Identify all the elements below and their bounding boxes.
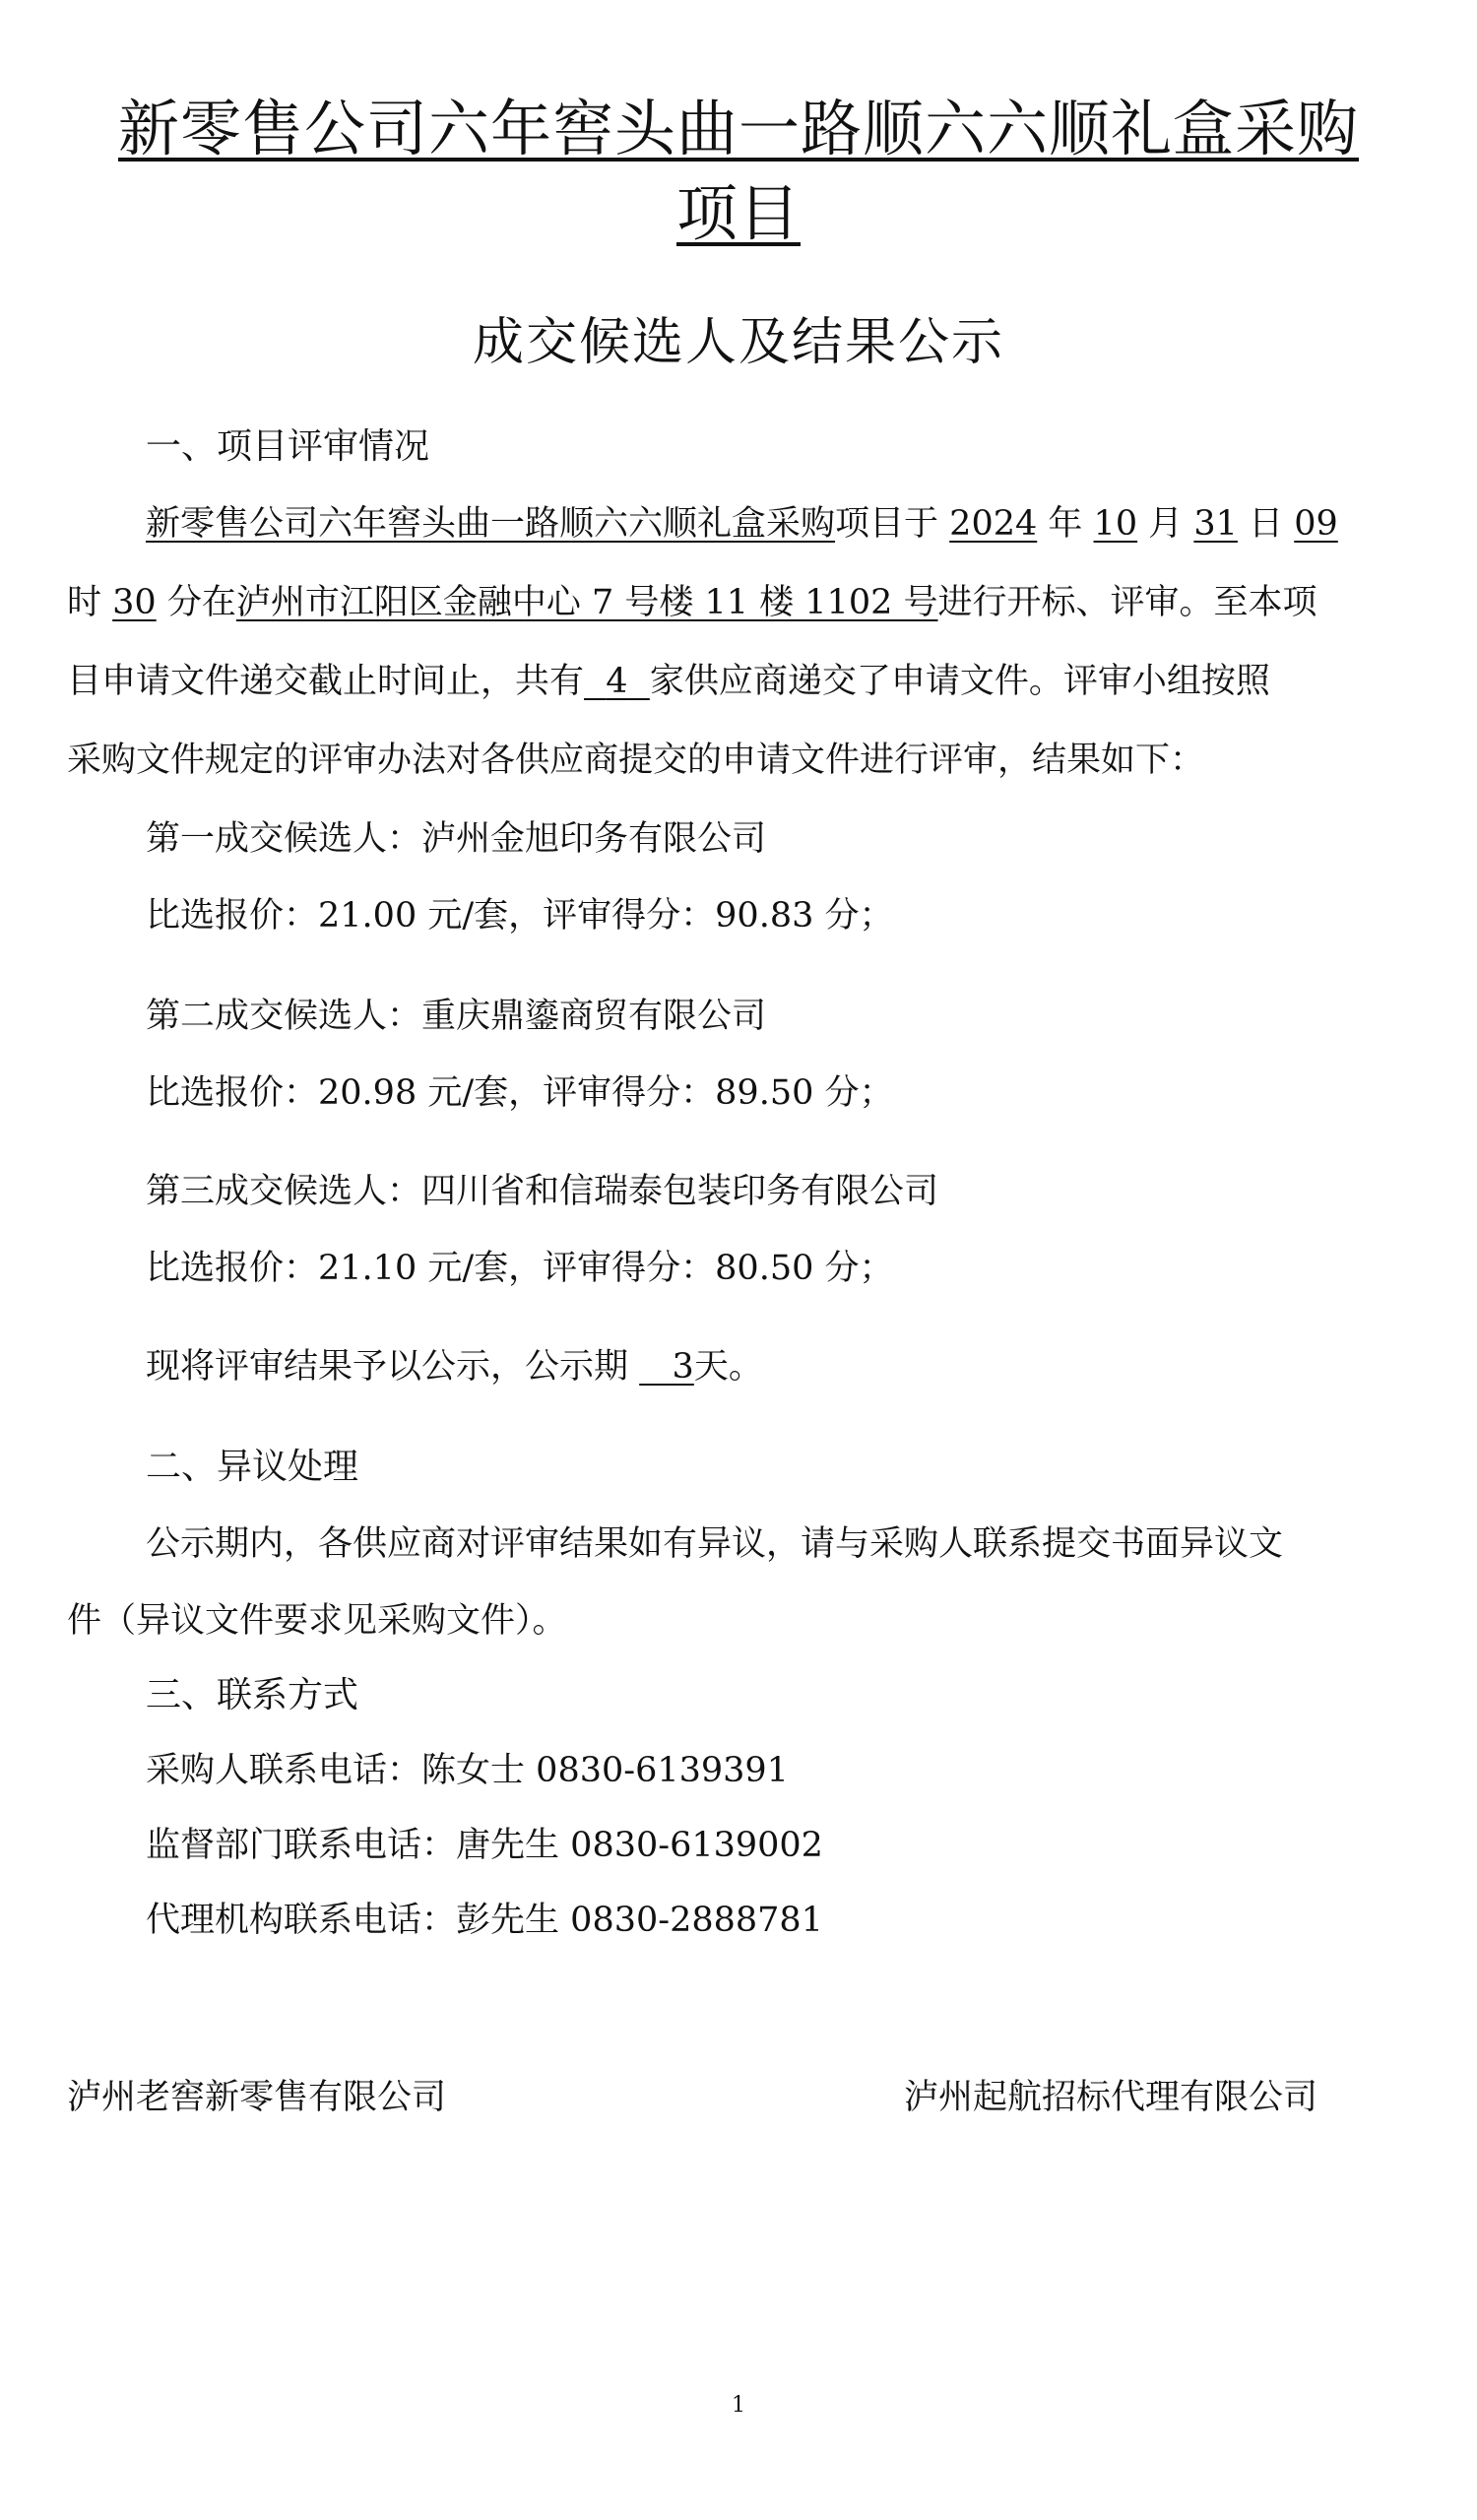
candidate-3-price: 比选报价：21.10 元/套，评审得分：80.50 分； bbox=[146, 1247, 894, 1290]
document-subtitle: 成交候选人及结果公示 bbox=[0, 313, 1477, 372]
supervisor-phone: 0830-6139002 bbox=[570, 1826, 823, 1865]
section1-para-line2: 时 30 分在泸州市江阳区金融中心 7 号楼 11 楼 1102 号进行开标、评… bbox=[67, 581, 1317, 624]
candidate-3: 第三成交候选人：四川省和信瑞泰包装印务有限公司 bbox=[146, 1170, 938, 1213]
section1-para-line3: 目申请文件递交截止时间止，共有 4 家供应商递交了申请文件。评审小组按照 bbox=[67, 660, 1270, 703]
section2-line2: 件（异议文件要求见采购文件）。 bbox=[67, 1599, 567, 1643]
candidate-2-name: 重庆鼎鎏商贸有限公司 bbox=[421, 997, 766, 1036]
open-year: 2024 bbox=[949, 504, 1037, 544]
contact-purchaser: 采购人联系电话：陈女士 0830-6139391 bbox=[146, 1749, 789, 1792]
signature-agency: 泸州起航招标代理有限公司 bbox=[904, 2076, 1317, 2119]
purchaser-phone: 0830-6139391 bbox=[536, 1751, 789, 1790]
agency-phone: 0830-2888781 bbox=[570, 1901, 823, 1940]
candidate-3-name: 四川省和信瑞泰包装印务有限公司 bbox=[421, 1172, 938, 1211]
section1-heading: 一、项目评审情况 bbox=[146, 425, 429, 469]
candidate-1: 第一成交候选人：泸州金旭印务有限公司 bbox=[146, 817, 766, 861]
open-minute: 30 bbox=[112, 583, 157, 622]
open-month: 10 bbox=[1094, 504, 1138, 544]
candidate-1-price: 比选报价：21.00 元/套，评审得分：90.83 分； bbox=[146, 894, 894, 937]
publicity-days: 3 bbox=[639, 1347, 694, 1387]
document-title-continued: 项目 bbox=[0, 179, 1477, 248]
document-title: 新零售公司六年窖头曲一路顺六六顺礼盒采购 bbox=[0, 95, 1477, 163]
contact-supervisor: 监督部门联系电话：唐先生 0830-6139002 bbox=[146, 1824, 823, 1867]
section2-heading: 二、异议处理 bbox=[146, 1446, 358, 1489]
open-day: 31 bbox=[1193, 504, 1238, 544]
page-number: 1 bbox=[0, 2393, 1477, 2418]
title-line-2: 项目 bbox=[676, 177, 801, 249]
signature-purchaser: 泸州老窖新零售有限公司 bbox=[67, 2076, 446, 2119]
open-location: 泸州市江阳区金融中心 7 号楼 11 楼 1102 号 bbox=[236, 583, 938, 622]
section1-para-line1: 新零售公司六年窖头曲一路顺六六顺礼盒采购项目于 2024 年 10 月 31 日… bbox=[146, 502, 1338, 546]
supplier-count: 4 bbox=[584, 662, 650, 701]
title-line-1: 新零售公司六年窖头曲一路顺六六顺礼盒采购 bbox=[118, 93, 1359, 164]
open-hour: 09 bbox=[1294, 504, 1338, 544]
candidate-2: 第二成交候选人：重庆鼎鎏商贸有限公司 bbox=[146, 995, 766, 1038]
publicity-notice: 现将评审结果予以公示，公示期 3天。 bbox=[146, 1345, 763, 1389]
candidate-1-name: 泸州金旭印务有限公司 bbox=[421, 819, 766, 859]
contact-agency: 代理机构联系电话：彭先生 0830-2888781 bbox=[146, 1899, 823, 1942]
section2-line1: 公示期内，各供应商对评审结果如有异议，请与采购人联系提交书面异议文 bbox=[146, 1522, 1283, 1566]
section1-para-line4: 采购文件规定的评审办法对各供应商提交的申请文件进行评审，结果如下： bbox=[67, 739, 1204, 782]
candidate-2-price: 比选报价：20.98 元/套，评审得分：89.50 分； bbox=[146, 1071, 894, 1115]
project-name: 新零售公司六年窖头曲一路顺六六顺礼盒采购 bbox=[146, 504, 835, 544]
section3-heading: 三、联系方式 bbox=[146, 1674, 358, 1717]
